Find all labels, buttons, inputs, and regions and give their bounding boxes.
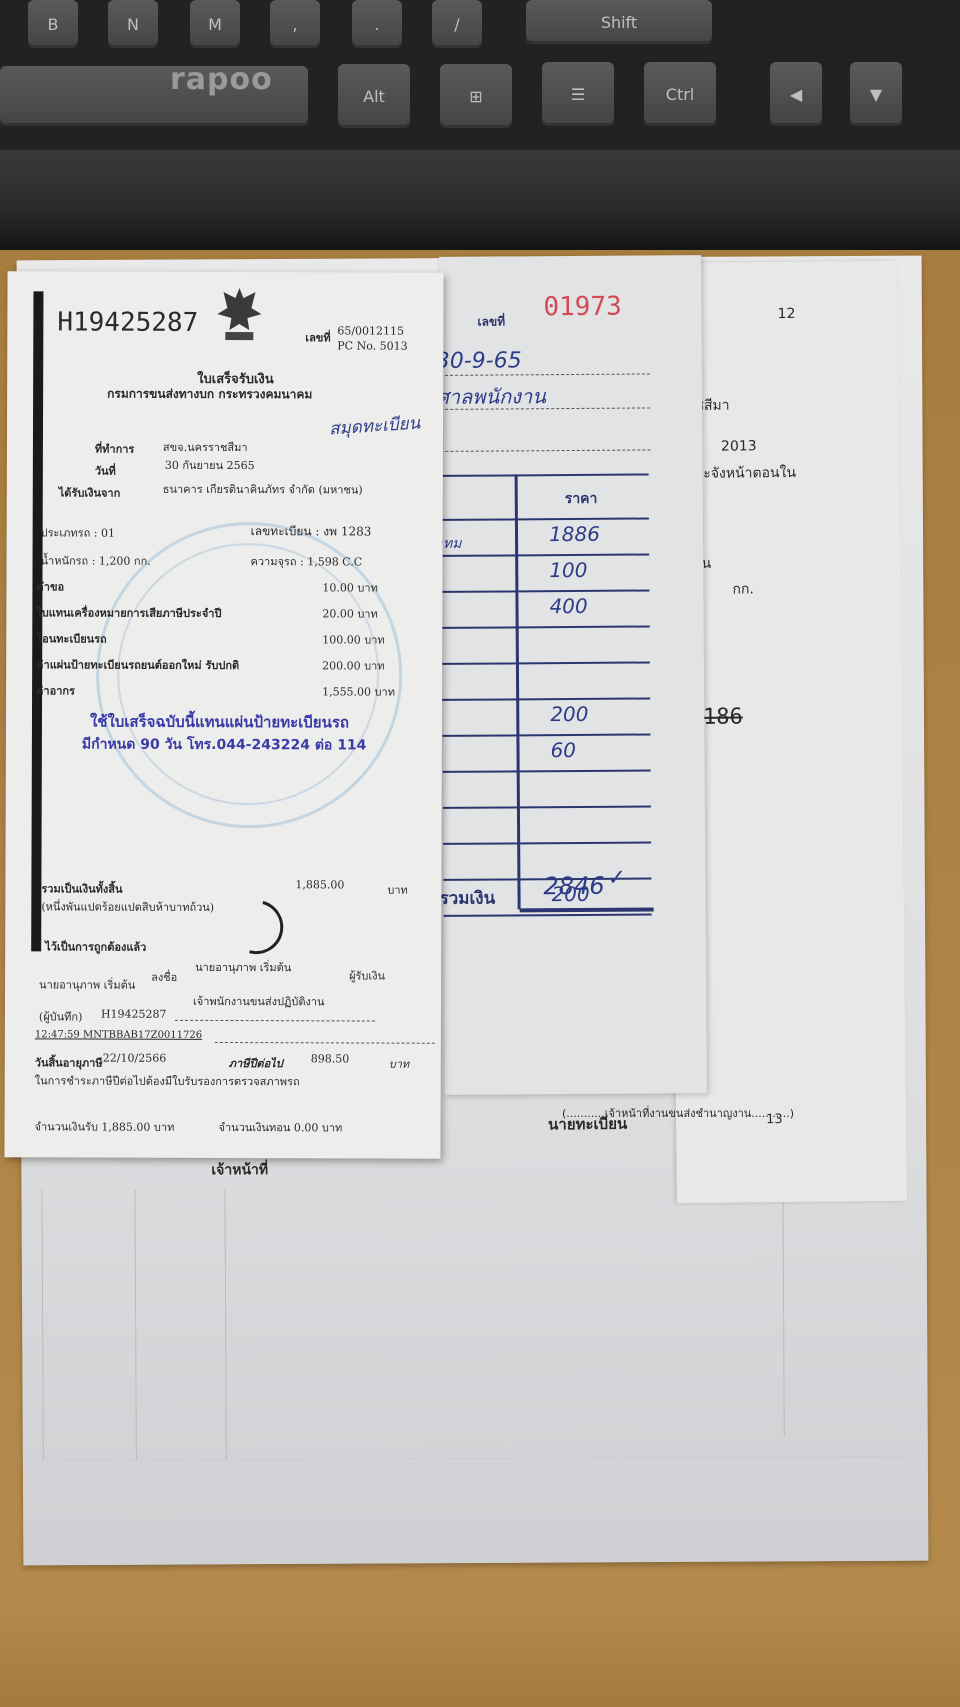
received-from-label: ได้รับเงินจาก (59, 483, 121, 501)
tax-expiry: 22/10/2566 (103, 1052, 166, 1065)
unit-kg: กก. (732, 578, 754, 600)
officer-fragment: เจ้าหน้าที่ (211, 1159, 268, 1181)
handwritten-date: 30-9-65 (436, 348, 522, 374)
fee-item-amount: 200.00 บาท (322, 656, 384, 674)
fee-item-label: ค่าแผ่นป้ายทะเบียนรถยนต์ออกใหม่ รับปกติ (36, 655, 239, 674)
handwritten-price: 200 (550, 702, 588, 726)
total-label: รวมเงิน (439, 885, 495, 912)
date-label: วันที่ (95, 462, 116, 480)
doc-no-label: เลขที่ (305, 328, 330, 346)
receipt-no-label: เลขที่ (477, 312, 505, 331)
fee-item-amount: 1,555.00 บาท (322, 682, 395, 700)
doc-no: 65/0012115 (337, 324, 404, 337)
issuer: กรมการขนส่งทางบก กระทรวงคมนาคม (107, 385, 312, 405)
receipt-no: 01973 (543, 292, 621, 323)
handwritten-total: 2846 (543, 872, 604, 900)
officer-line: (...........เจ้าหน้าที่งานขนส่งชำนาญงาน.… (562, 1104, 794, 1122)
next-tax-currency: บาท (389, 1055, 409, 1073)
handwritten-price: 400 (549, 594, 587, 618)
total-currency: บาท (387, 881, 407, 899)
key-m[interactable]: M (190, 0, 240, 48)
arrow-down-key-icon[interactable]: ▼ (850, 62, 902, 126)
vehicle-weight: น้ำหนักรถ : 1,200 กก. (41, 551, 151, 569)
key-alt[interactable]: Alt (338, 64, 410, 128)
fee-item-label: โอนทะเบียนรถ (36, 629, 107, 647)
key-slash[interactable]: / (432, 0, 482, 48)
keyboard-frame (0, 150, 960, 250)
model-year: 2013 (721, 438, 757, 454)
engine-cc: ความจุรถ : 1,598 C.C (251, 552, 363, 570)
total-amount: 1,885.00 (295, 878, 344, 891)
office-value: สขจ.นครราชสีมา (163, 438, 248, 456)
price-rows: 188610040020060200 (439, 255, 701, 257)
plate-number: เลขทะเบียน : งพ 1283 (251, 522, 372, 541)
note-fragment: กระจังหน้าตอนใน (687, 462, 796, 485)
key-comma[interactable]: , (270, 0, 320, 48)
signer-name: นายอานุภาพ เริ่มต้น (195, 958, 291, 976)
change-amount: จำนวนเงินทอน 0.00 บาท (219, 1118, 343, 1136)
time-code: 12:47:59 MNTBBAB17Z0011726 (35, 1029, 202, 1041)
keyboard: B N M , . / Shift rapoo Alt ⊞ ☰ Ctrl ◀ ▼ (0, 0, 960, 250)
inspection-note: ในการชำระภาษีปีต่อไปต้องมีใบรับรองการตรว… (35, 1071, 300, 1090)
key-shift[interactable]: Shift (526, 0, 712, 44)
receiver-label: ผู้รับเงิน (349, 966, 385, 984)
next-tax: 898.50 (311, 1052, 350, 1065)
key-period[interactable]: . (352, 0, 402, 48)
next-tax-label: ภาษีปีต่อไป (229, 1054, 283, 1072)
fee-item-label: คำขอ (36, 577, 64, 595)
handwritten-price: 1886 (549, 522, 600, 546)
page-number-top: 12 (778, 306, 796, 322)
verified-text: ไว้เป็นการถูกต้องแล้ว (45, 937, 146, 955)
handwritten-note: สมุดทะเบียน (328, 410, 421, 443)
received-amount: จำนวนเงินรับ 1,885.00 บาท (35, 1117, 175, 1135)
fee-item-label: ใบแทนเครื่องหมายการเสียภาษีประจำปี (36, 603, 221, 622)
vehicle-type: ประเภทรถ : 01 (41, 523, 115, 541)
pc-no: PC No. 5013 (337, 339, 407, 352)
arrow-left-key-icon[interactable]: ◀ (770, 62, 822, 126)
recorder-label: (ผู้บันทึก) (39, 1007, 83, 1025)
fee-item-amount: 20.00 บาท (322, 604, 377, 622)
garuda-emblem-icon (211, 284, 267, 344)
sign-label: ลงชื่อ (151, 968, 177, 986)
rapoo-logo: rapoo (170, 62, 273, 97)
stamp-line-1: ใช้ใบเสร็จฉบับนี้แทนแผ่นป้ายทะเบียนรถ (90, 710, 349, 735)
signature-mark (219, 890, 293, 964)
total-in-words: (หนึ่งพันแปดร้อยแปดสิบห้าบาทถ้วน) (41, 897, 214, 916)
stamp-line-2: มีกำหนด 90 วัน โทร.044-243224 ต่อ 114 (82, 734, 367, 757)
fee-item-label: ค่าอากร (36, 681, 75, 699)
received-from-value: ธนาคาร เกียรตินาคินภัทร จำกัด (มหาชน) (163, 480, 363, 499)
dlt-official-receipt: H19425287 เลขที่ 65/0012115 PC No. 5013 … (4, 271, 443, 1159)
recorder-id: H19425287 (101, 1008, 167, 1021)
fee-item-amount: 10.00 บาท (322, 578, 377, 596)
handwritten-price: 100 (549, 558, 587, 582)
form-table-outline (41, 1186, 903, 1462)
checkmark-icon: ✓ (607, 866, 626, 891)
menu-key-icon[interactable]: ☰ (542, 62, 614, 126)
signer-role: เจ้าพนักงานขนส่งปฏิบัติงาน (193, 992, 325, 1010)
handwritten-price: 60 (550, 738, 576, 762)
key-ctrl[interactable]: Ctrl (644, 62, 716, 126)
office-label: ที่ทำการ (95, 440, 135, 458)
tax-expiry-label: วันสิ้นอายุภาษี (35, 1053, 103, 1071)
receipt-serial: H19425287 (57, 307, 198, 337)
key-n[interactable]: N (108, 0, 158, 48)
key-b[interactable]: B (28, 0, 78, 48)
price-header: ราคา (565, 488, 598, 510)
date-value: 30 กันยายน 2565 (165, 456, 255, 474)
handwritten-receipt: เลขที่ 01973 30-9-65 ศาลพนักงาน ราคา าทม… (439, 255, 707, 1095)
total-label: รวมเป็นเงินทั้งสิ้น (41, 879, 122, 897)
recorder-name: นายอานุภาพ เริ่มต้น (39, 975, 135, 993)
fee-item-amount: 100.00 บาท (322, 630, 384, 648)
windows-key-icon[interactable]: ⊞ (440, 64, 512, 128)
